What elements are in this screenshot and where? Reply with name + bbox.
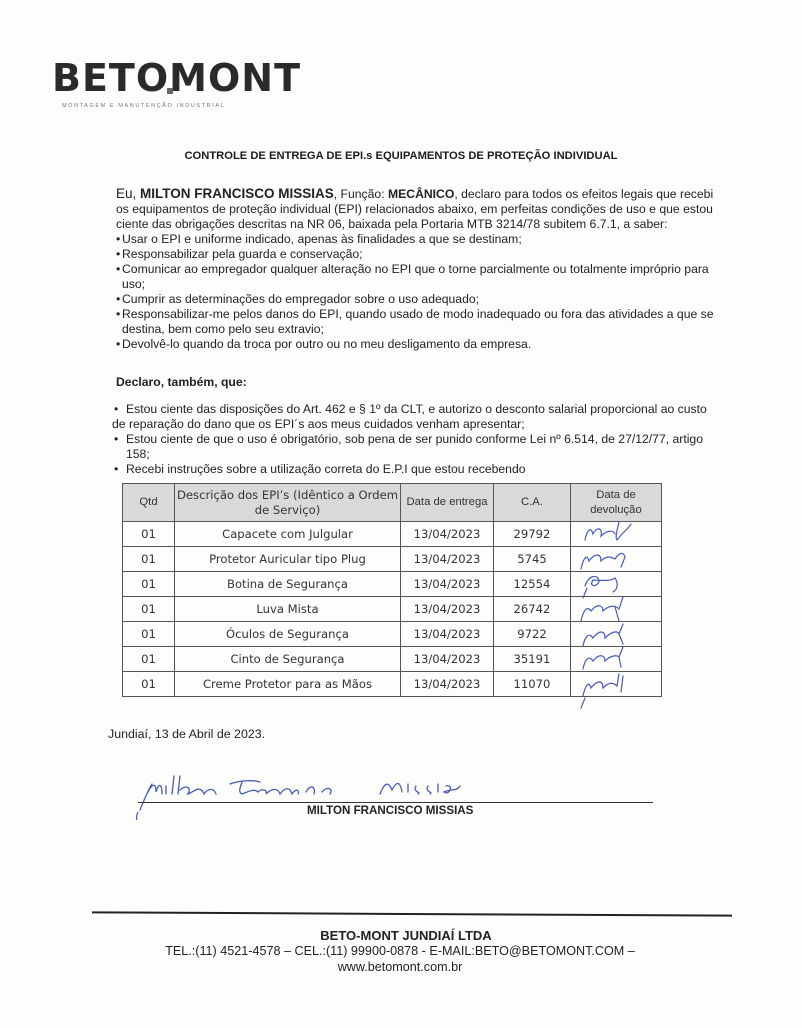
place-and-date: Jundiaí, 13 de Abril de 2023. [108, 727, 265, 741]
table-row: 01Creme Protetor para as Mãos13/04/20231… [123, 672, 662, 697]
obligation-text: Devolvê-lo quando da troca por outro ou … [122, 337, 531, 351]
logo-tagline: MONTAGEM E MANUTENÇÃO INDUSTRIAL [62, 103, 225, 109]
header-delivery-date: Data de entrega [401, 484, 494, 522]
cell-ca: 29792 [494, 522, 571, 547]
cell-delivery-date: 13/04/2023 [401, 522, 494, 547]
signature-line [138, 802, 653, 803]
cell-qtd: 01 [123, 622, 175, 647]
cell-ca: 26742 [494, 597, 571, 622]
declaration-text: Estou ciente das disposições do Art. 462… [112, 402, 707, 431]
logo-m: M [169, 58, 208, 98]
cell-qtd: 01 [123, 572, 175, 597]
declaration-item: •Estou ciente das disposições do Art. 46… [112, 402, 722, 432]
intro-prefix: Eu, [116, 186, 140, 201]
cell-description: Capacete com Julgular [175, 522, 401, 547]
obligation-text: Usar o EPI e uniforme indicado, apenas à… [122, 232, 522, 246]
header-qtd: Qtd [123, 484, 175, 522]
bullet-icon: • [112, 462, 126, 477]
cell-ca: 5745 [494, 547, 571, 572]
logo-m-letter: M [169, 56, 208, 100]
obligation-text: Comunicar ao empregador qualquer alteraç… [122, 262, 709, 291]
logo-text-right: ONT [208, 56, 301, 100]
declaration-item: •Recebi instruções sobre a utilização co… [112, 462, 722, 477]
bullet-icon: • [112, 402, 126, 417]
cell-delivery-date: 13/04/2023 [401, 672, 494, 697]
obligation-item: •Comunicar ao empregador qualquer altera… [116, 262, 716, 292]
cell-delivery-date: 13/04/2023 [401, 622, 494, 647]
obligation-text: Cumprir as determinações do empregador s… [122, 292, 479, 306]
header-return-date: Data de devolução [571, 484, 662, 522]
signatory-name: MILTON FRANCISCO MISSIAS [307, 804, 473, 817]
cell-qtd: 01 [123, 672, 175, 697]
employee-name: MILTON FRANCISCO MISSIAS [140, 186, 334, 201]
footer-website: www.betomont.com.br [0, 959, 800, 975]
funcao-label: , Função: [334, 187, 388, 201]
cell-delivery-date: 13/04/2023 [401, 597, 494, 622]
obligations-list: •Usar o EPI e uniforme indicado, apenas … [116, 232, 716, 352]
obligation-item: •Responsabilizar-me pelos danos do EPI, … [116, 307, 716, 337]
cell-delivery-date: 13/04/2023 [401, 647, 494, 672]
bullet-icon: • [112, 432, 126, 447]
footer-company: BETO-MONT JUNDIAÍ LTDA [0, 928, 802, 943]
cell-description: Luva Mista [175, 597, 401, 622]
obligation-item: •Usar o EPI e uniforme indicado, apenas … [116, 232, 716, 247]
cell-ca: 35191 [494, 647, 571, 672]
logo-square-icon [167, 88, 173, 94]
cell-ca: 12554 [494, 572, 571, 597]
cell-description: Protetor Auricular tipo Plug [175, 547, 401, 572]
cell-delivery-date: 13/04/2023 [401, 572, 494, 597]
footer-contact-line: TEL.:(11) 4521-4578 – CEL.:(11) 99900-08… [0, 943, 800, 959]
obligation-item: •Responsabilizar pela guarda e conservaç… [116, 247, 716, 262]
footer-divider [92, 911, 732, 916]
cell-description: Botina de Segurança [175, 572, 401, 597]
epi-table: Qtd Descrição dos EPI’s (Idêntico a Orde… [122, 483, 662, 697]
cell-return-signature [571, 672, 662, 697]
company-logo: BETOMONT [52, 58, 301, 98]
declaration-heading: Declaro, também, que: [116, 375, 247, 389]
obligation-item: •Cumprir as determinações do empregador … [116, 292, 716, 307]
obligation-item: •Devolvê-lo quando da troca por outro ou… [116, 337, 716, 352]
declaration-list: •Estou ciente das disposições do Art. 46… [112, 402, 722, 477]
document-title: CONTROLE DE ENTREGA DE EPI.s EQUIPAMENTO… [0, 150, 802, 162]
cell-delivery-date: 13/04/2023 [401, 547, 494, 572]
cell-qtd: 01 [123, 647, 175, 672]
declaration-text: Estou ciente de que o uso é obrigatório,… [126, 432, 703, 461]
header-description: Descrição dos EPI’s (Idêntico a Ordem de… [175, 484, 401, 522]
footer-contact: TEL.:(11) 4521-4578 – CEL.:(11) 99900-08… [0, 943, 800, 975]
cell-description: Óculos de Segurança [175, 622, 401, 647]
cell-ca: 11070 [494, 672, 571, 697]
table-header-row: Qtd Descrição dos EPI’s (Idêntico a Orde… [123, 484, 662, 522]
cell-qtd: 01 [123, 547, 175, 572]
employee-role: MECÂNICO [388, 187, 454, 201]
logo-text-left: BETO [52, 56, 169, 100]
cell-description: Cinto de Segurança [175, 647, 401, 672]
obligation-text: Responsabilizar-me pelos danos do EPI, q… [122, 307, 714, 336]
obligation-text: Responsabilizar pela guarda e conservaçã… [122, 247, 363, 261]
initials-signature [579, 668, 639, 710]
declaration-text: Recebi instruções sobre a utilização cor… [126, 462, 526, 476]
cell-ca: 9722 [494, 622, 571, 647]
declaration-item: •Estou ciente de que o uso é obrigatório… [112, 432, 722, 462]
cell-qtd: 01 [123, 522, 175, 547]
intro-paragraph: Eu, MILTON FRANCISCO MISSIAS, Função: ME… [116, 186, 716, 352]
header-ca: C.A. [494, 484, 571, 522]
cell-description: Creme Protetor para as Mãos [175, 672, 401, 697]
cell-qtd: 01 [123, 597, 175, 622]
